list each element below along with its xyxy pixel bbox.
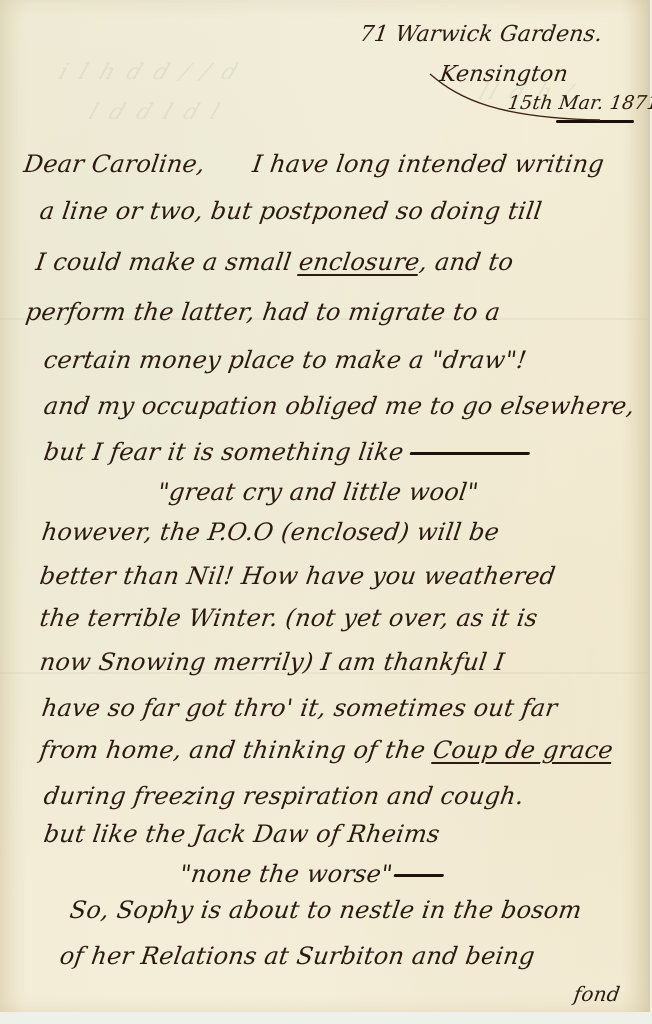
letter-line-3: I could make a small enclosure, and to [34,248,515,276]
letter-line-1: Dear Caroline, I have long intended writ… [22,150,606,178]
line-end-flourish [409,452,529,455]
letter-line-6: and my occupation obliged me to go elsew… [42,392,636,420]
catchword: fond [572,982,621,1006]
address-line-1: 71 Warwick Gardens. [358,22,604,47]
letter-line-10: better than Nil! How have you weathered [38,562,557,590]
letter-line-16: but like the Jack Daw of Rheims [42,820,442,848]
letter-line-4: perform the latter, had to migrate to a [24,298,502,326]
letter-line-8-quote: "great cry and little wool" [156,478,480,506]
letter-line-5: certain money place to make a "draw"! [42,346,528,374]
letter-line-13: have so far got thro' it, sometimes out … [40,694,559,722]
letter-line-15: during freezing respiration and cough. [42,782,526,810]
letter-line-17-quote: "none the worse" [178,860,446,888]
address-line-2: Kensington [438,62,569,87]
underlined-coup-de-grace: Coup de grace [431,736,615,764]
letter-line-18: So, Sophy is about to nestle in the boso… [68,896,584,924]
letter-line-12: now Snowing merrily) I am thankful I [38,648,506,676]
letter-line-19: of her Relations at Surbiton and being [58,942,537,970]
show-through-text: l d d l d l [85,100,225,125]
letter-line-7: but I fear it is something like [42,438,531,466]
letter-line-9: however, the P.O.O (enclosed) will be [40,518,501,546]
letter-date: 15th Mar. 1871 [506,92,652,114]
letter-line-11: the terrible Winter. (not yet over, as i… [38,604,539,632]
letter-page: i l h d d / / d l d d l d l ll d h / 71 … [0,0,650,1012]
letter-line-2: a line or two, but postponed so doing ti… [38,197,544,225]
letter-line-14: from home, and thinking of the Coup de g… [38,736,615,764]
line-end-flourish [394,874,444,877]
show-through-text: i l h d d / / d [55,60,243,85]
underlined-enclosure: enclosure [297,248,421,276]
date-underline [556,120,634,123]
